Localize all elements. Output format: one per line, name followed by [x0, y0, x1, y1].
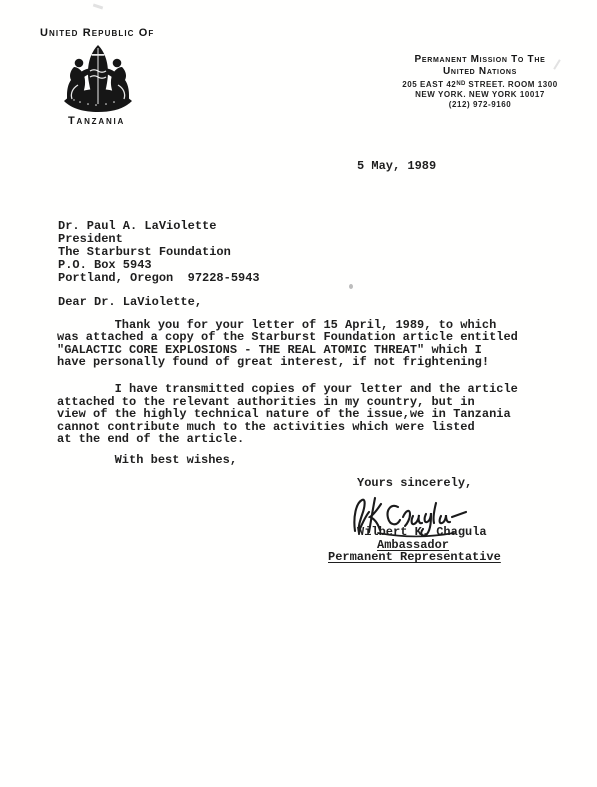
street-text: 205 EAST 42 [402, 80, 456, 89]
street-text-rest: STREET. ROOM 1300 [466, 80, 558, 89]
scan-speck [349, 284, 353, 289]
body-paragraph-2: I have transmitted copies of your letter… [57, 383, 518, 446]
signatory-title-2: Permanent Representative [328, 551, 501, 564]
body-paragraph-1: Thank you for your letter of 15 April, 1… [57, 319, 518, 369]
street-ordinal: ND [456, 81, 465, 87]
mission-phone: (212) 972-9160 [355, 100, 597, 109]
letterhead-mission-block: Permanent Mission To The United Nations … [355, 54, 597, 110]
signatory-name: Wilbert K. Chagula [357, 526, 487, 539]
mission-line-2: United Nations [355, 66, 597, 77]
letterhead-country-name: Tanzania [68, 115, 125, 127]
mission-city-line: NEW YORK. NEW YORK 10017 [355, 90, 597, 99]
scan-speck [93, 4, 103, 10]
letterhead-country-line: United Republic Of [40, 27, 154, 39]
date-line: 5 May, 1989 [357, 160, 436, 173]
salutation: Dear Dr. LaViolette, [58, 296, 202, 309]
recipient-address: Dr. Paul A. LaViolette President The Sta… [58, 220, 260, 285]
tanzania-coat-of-arms-icon [61, 43, 135, 115]
mission-street-line: 205 EAST 42ND STREET. ROOM 1300 [355, 80, 597, 89]
valediction: Yours sincerely, [357, 477, 472, 490]
farewell-line: With best wishes, [57, 454, 237, 467]
mission-line-1: Permanent Mission To The [355, 54, 597, 65]
letter-page: United Republic Of [0, 0, 597, 787]
